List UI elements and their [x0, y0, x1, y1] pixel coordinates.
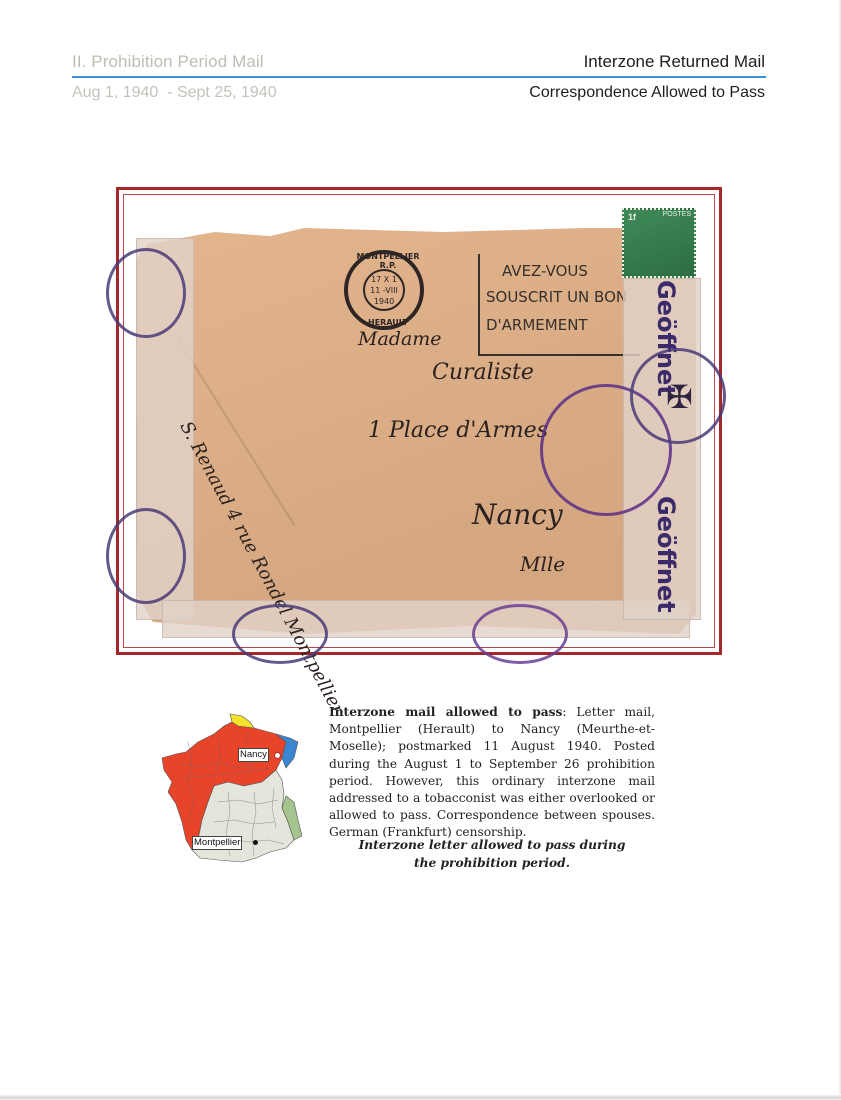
map-label-nancy: Nancy — [238, 748, 269, 762]
description-body: : Letter mail, Montpellier (Herault) to … — [329, 705, 655, 839]
postmark-line3: 1940 — [365, 296, 403, 307]
header-rule — [72, 76, 766, 78]
slogan-line: SOUSCRIT UN BON — [486, 288, 627, 306]
censor-handstamp — [106, 508, 186, 604]
page-subtitle: Correspondence Allowed to Pass — [529, 84, 765, 102]
stamp-value: 1f — [628, 212, 636, 222]
date-range: Aug 1, 1940 - Sept 25, 1940 — [72, 84, 277, 102]
postmark-top-text: MONTPELLIER R.P. — [352, 252, 424, 270]
address-city: Nancy — [472, 498, 563, 531]
censor-handstamp — [106, 248, 186, 338]
censor-tape-text: Geöffnet — [652, 496, 680, 613]
montpellier-marker-icon — [253, 840, 258, 845]
map-label-montpellier: Montpellier — [192, 836, 242, 850]
page-bottom-shadow — [0, 1094, 841, 1100]
stamp-label: POSTES — [663, 211, 691, 218]
slogan-cancel: AVEZ-VOUS SOUSCRIT UN BON D'ARMEMENT — [478, 254, 640, 356]
censor-handstamp — [232, 604, 328, 664]
slogan-line: D'ARMEMENT — [486, 316, 588, 334]
postmark-line2: 11 -VIII — [365, 285, 403, 296]
exhibit-emphasis: Interzone letter allowed to pass during … — [329, 836, 655, 872]
address-street: 1 Place d'Armes — [368, 418, 548, 443]
postmark-line1: 17 X 1 — [365, 274, 403, 285]
section-title: II. Prohibition Period Mail — [72, 52, 264, 72]
postmark-date: 17 X 1 11 -VIII 1940 — [363, 269, 405, 311]
address-salutation: Madame — [358, 328, 442, 350]
postmark-bottom-text: HERAULT — [352, 318, 424, 327]
address-occupation: Curaliste — [432, 360, 534, 385]
envelope-cover: 1f POSTES MONTPELLIER R.P. 17 X 1 11 -VI… — [136, 208, 698, 638]
nancy-marker-icon — [274, 752, 281, 759]
description-lead: Interzone mail allowed to pass — [329, 705, 562, 719]
slogan-line: AVEZ-VOUS — [502, 262, 588, 280]
censor-handstamp — [472, 604, 568, 664]
emphasis-line: Interzone letter allowed to pass during — [329, 836, 655, 854]
postmark: MONTPELLIER R.P. 17 X 1 11 -VIII 1940 HE… — [344, 250, 424, 330]
emphasis-line: the prohibition period. — [329, 854, 655, 872]
france-zone-map: Nancy Montpellier — [158, 712, 308, 864]
eagle-emblem-icon: ✠ — [666, 378, 693, 416]
page-title: Interzone Returned Mail — [584, 52, 765, 72]
address-note: Mlle — [520, 552, 565, 576]
exhibit-description: Interzone mail allowed to pass: Letter m… — [329, 704, 655, 842]
